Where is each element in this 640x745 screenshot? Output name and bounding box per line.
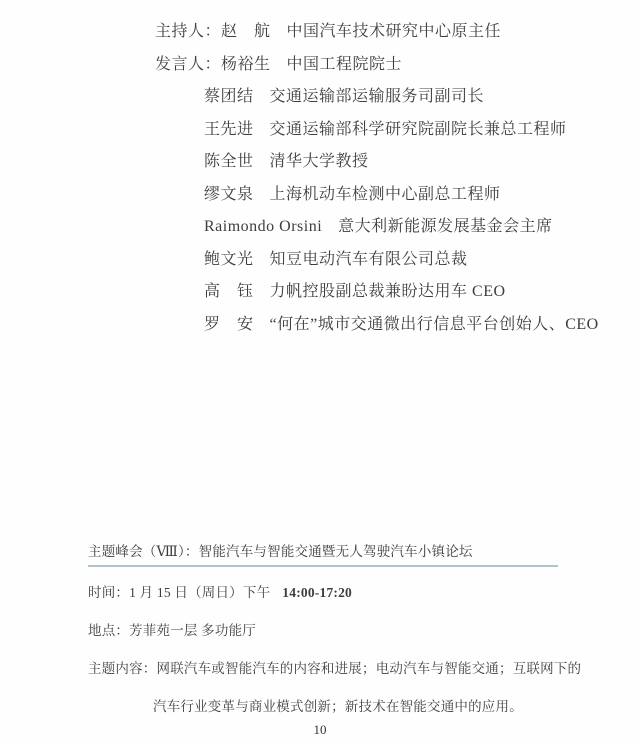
speaker-name: 鲍文光 (204, 244, 254, 277)
speaker-name: 缪文泉 (204, 179, 254, 212)
time-label: 时间： (88, 585, 129, 600)
venue-label: 地点： (88, 623, 129, 638)
speaker-list: 主持人： 赵 航 中国汽车技术研究中心原主任 发言人： 杨裕生 中国工程院院士 … (155, 16, 620, 341)
speaker-row: 缪文泉 上海机动车检测中心副总工程师 (155, 179, 620, 212)
topic-text-2: 汽车行业变革与商业模式创新；新技术在智能交通中的应用。 (153, 699, 523, 714)
speaker-title: 上海机动车检测中心副总工程师 (270, 179, 501, 212)
speaker-name: 王先进 (204, 114, 254, 147)
time-value: 1 月 15 日（周日）下午 (129, 585, 270, 600)
speaker-row: 蔡团结 交通运输部运输服务司副司长 (155, 81, 620, 114)
page-number: 10 (0, 722, 640, 738)
summit-heading: 主题峰会（Ⅷ）：智能汽车与智能交通暨无人驾驶汽车小镇论坛 (88, 543, 558, 567)
speaker-name: 蔡团结 (204, 81, 254, 114)
speaker-row: 罗 安 “何在”城市交通微出行信息平台创始人、CEO (155, 309, 620, 342)
topic-label: 主题内容： (88, 661, 157, 676)
speaker-row: 陈全世 清华大学教授 (155, 146, 620, 179)
speaker-title: 交通运输部运输服务司副司长 (270, 81, 485, 114)
summit-venue-line: 地点：芳菲苑一层 多功能厅 (88, 622, 256, 639)
speaker-title: 中国汽车技术研究中心原主任 (287, 16, 502, 49)
speaker-role-label: 发言人： (155, 49, 221, 82)
speaker-row: 鲍文光 知豆电动汽车有限公司总裁 (155, 244, 620, 277)
speaker-title: “何在”城市交通微出行信息平台创始人、CEO (270, 309, 599, 342)
speaker-title: 力帆控股副总裁兼盼达用车 CEO (270, 276, 506, 309)
speaker-name: 杨裕生 (221, 49, 271, 82)
speaker-title: 知豆电动汽车有限公司总裁 (270, 244, 468, 277)
speaker-name: Raimondo Orsini (204, 211, 322, 244)
speaker-title: 意大利新能源发展基金会主席 (338, 211, 553, 244)
speaker-name: 高 钰 (204, 276, 254, 309)
summit-time-line: 时间：1 月 15 日（周日）下午14:00-17:20 (88, 584, 352, 601)
topic-line-1: 主题内容：网联汽车或智能汽车的内容和进展；电动汽车与智能交通；互联网下的 (88, 660, 588, 677)
speaker-row: 高 钰 力帆控股副总裁兼盼达用车 CEO (155, 276, 620, 309)
document-page: 主持人： 赵 航 中国汽车技术研究中心原主任 发言人： 杨裕生 中国工程院院士 … (0, 0, 640, 745)
speaker-name: 赵 航 (221, 16, 271, 49)
speaker-title: 交通运输部科学研究院副院长兼总工程师 (270, 114, 567, 147)
speaker-row: 发言人： 杨裕生 中国工程院院士 (155, 49, 620, 82)
speaker-role-label: 主持人： (155, 16, 221, 49)
summit-topic-block: 主题内容：网联汽车或智能汽车的内容和进展；电动汽车与智能交通；互联网下的 汽车行… (88, 660, 588, 715)
time-range: 14:00-17:20 (282, 585, 352, 600)
topic-text-1: 网联汽车或智能汽车的内容和进展；电动汽车与智能交通；互联网下的 (157, 661, 582, 676)
speaker-title: 清华大学教授 (270, 146, 369, 179)
venue-value: 芳菲苑一层 多功能厅 (129, 623, 256, 638)
speaker-row: 王先进 交通运输部科学研究院副院长兼总工程师 (155, 114, 620, 147)
speaker-row: Raimondo Orsini 意大利新能源发展基金会主席 (155, 211, 620, 244)
speaker-name: 陈全世 (204, 146, 254, 179)
speaker-row: 主持人： 赵 航 中国汽车技术研究中心原主任 (155, 16, 620, 49)
speaker-title: 中国工程院院士 (287, 49, 403, 82)
speaker-name: 罗 安 (204, 309, 254, 342)
topic-line-2: 汽车行业变革与商业模式创新；新技术在智能交通中的应用。 (88, 698, 588, 715)
